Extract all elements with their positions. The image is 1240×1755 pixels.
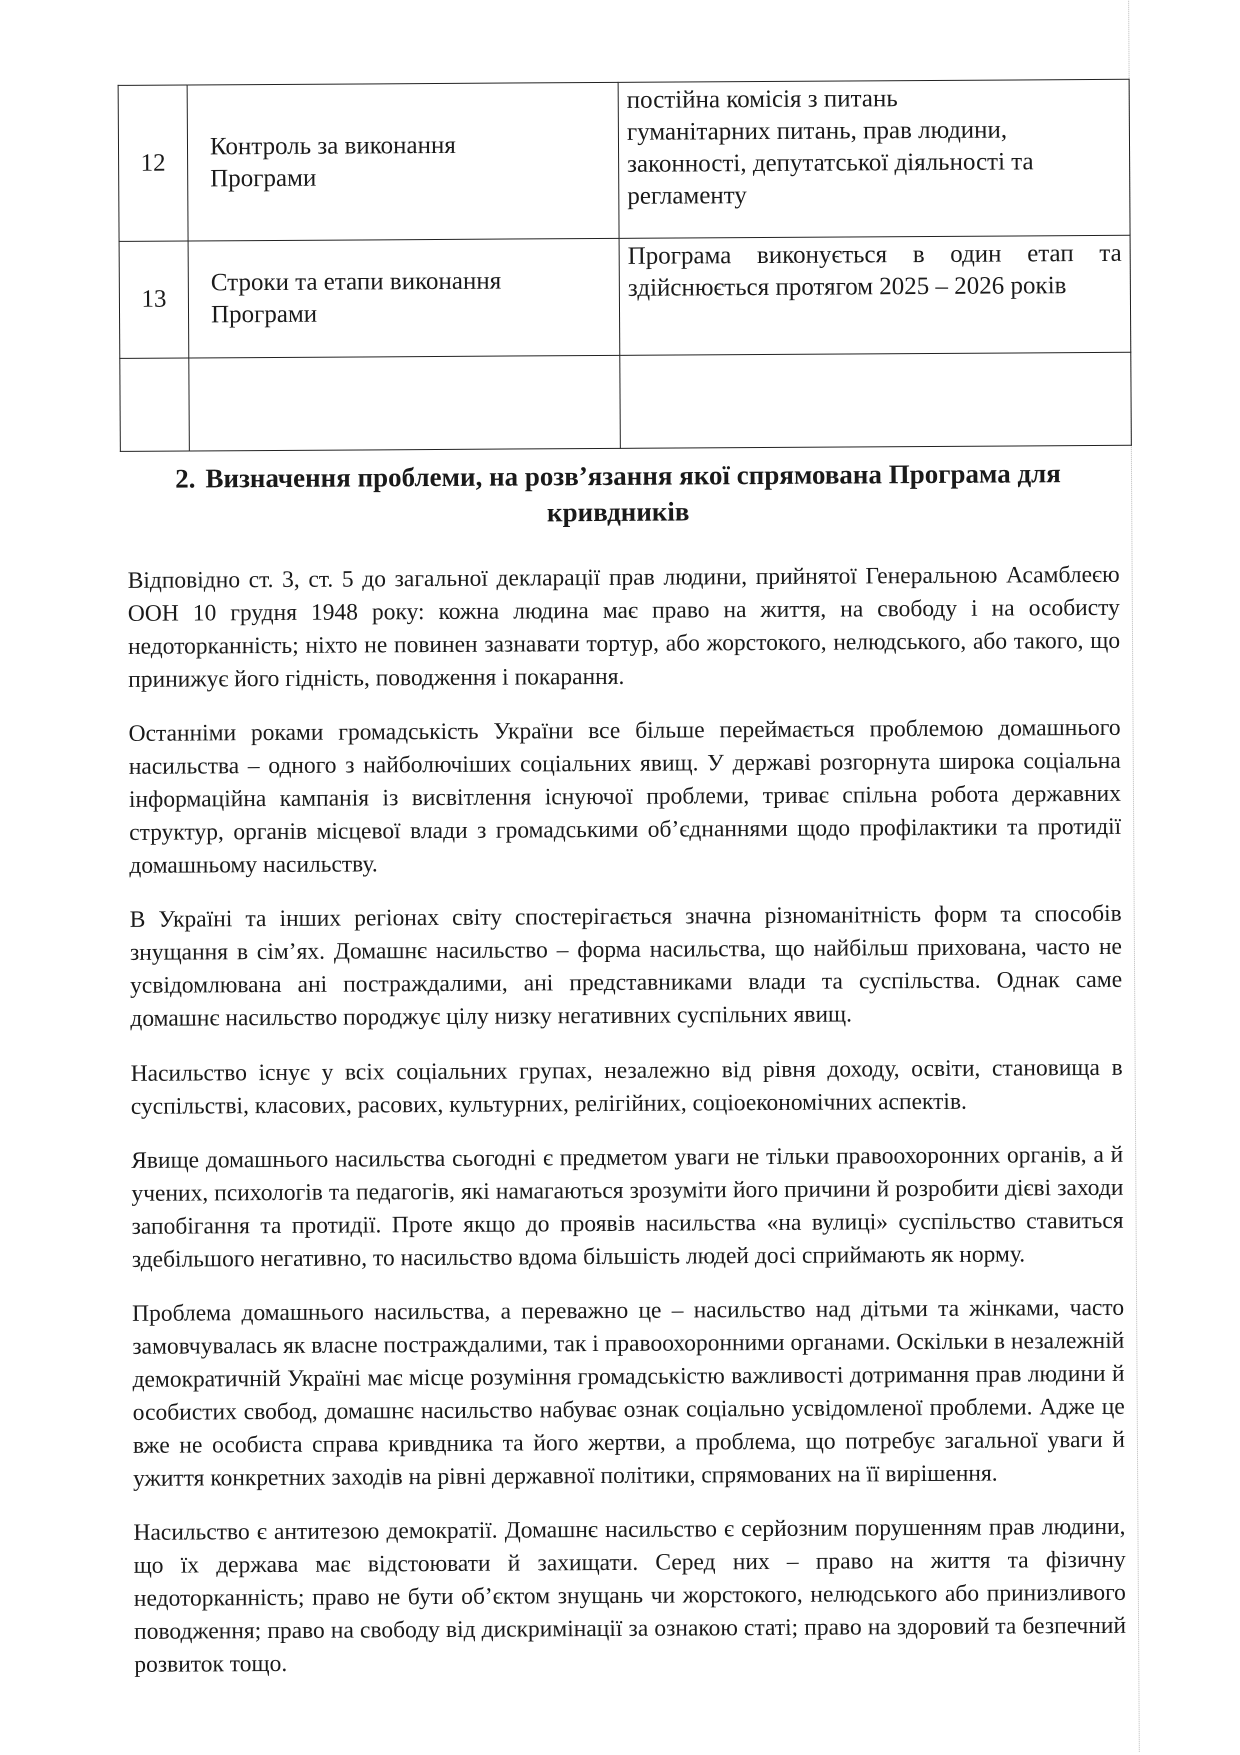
row-value-cell: постійна комісія з питань гуманітарних п… — [618, 79, 1130, 238]
row-name-cell: Строки та етапи виконання Програми — [188, 238, 620, 358]
row-value: Програма виконується в один етап та здій… — [620, 236, 1130, 305]
row-number-cell — [120, 358, 190, 451]
paragraph: Відповідно ст. 3, ст. 5 до загальної дек… — [128, 559, 1121, 697]
row-name-cell — [189, 355, 621, 451]
paragraph: Насильство існує у всіх соціальних група… — [131, 1052, 1123, 1124]
paragraph: В Україні та інших регіонах світу спосте… — [130, 898, 1123, 1036]
row-value-line: регламенту — [627, 178, 1121, 213]
paragraph: Останніми роками громадськість України в… — [128, 712, 1121, 883]
row-value-cell: Програма виконується в один етап та здій… — [619, 235, 1131, 355]
section-number: 2. — [175, 463, 195, 493]
row-name — [202, 402, 620, 405]
row-value: постійна комісія з питань гуманітарних п… — [619, 80, 1130, 213]
row-value-line: постійна комісія з питань — [627, 82, 1121, 117]
paragraph: Насильство є антитезою демократії. Домаш… — [133, 1511, 1126, 1682]
row-name-cell: Контроль за виконання Програми — [187, 82, 619, 241]
row-value — [621, 399, 1131, 402]
paragraph: Проблема домашнього насильства, а перева… — [132, 1292, 1125, 1496]
row-name: Строки та етапи виконання Програми — [201, 265, 541, 331]
row-value-line: законності, депутатської діяльності та — [627, 146, 1121, 181]
table-row-empty — [120, 352, 1132, 451]
row-number-cell: 13 — [119, 241, 189, 358]
section-heading: 2.Визначення проблеми, на розв’язання як… — [118, 455, 1118, 533]
paragraph: Явище домашнього насильства сьогодні є п… — [131, 1139, 1124, 1277]
body-text: Відповідно ст. 3, ст. 5 до загальної дек… — [128, 559, 1127, 1703]
document-page: 12 Контроль за виконання Програми постій… — [0, 0, 1240, 1755]
row-name: Контроль за виконання Програми — [200, 129, 510, 195]
row-value-cell — [620, 352, 1132, 448]
row-number: 13 — [120, 284, 188, 316]
row-number-cell: 12 — [118, 85, 188, 241]
row-value-line: гуманітарних питань, прав людини, — [627, 114, 1121, 149]
row-number: 12 — [119, 147, 187, 179]
table-row: 13 Строки та етапи виконання Програми Пр… — [119, 235, 1131, 358]
table-row: 12 Контроль за виконання Програми постій… — [118, 79, 1130, 241]
section-title: Визначення проблеми, на розв’язання якої… — [205, 458, 1061, 527]
program-passport-table: 12 Контроль за виконання Програми постій… — [118, 79, 1132, 452]
